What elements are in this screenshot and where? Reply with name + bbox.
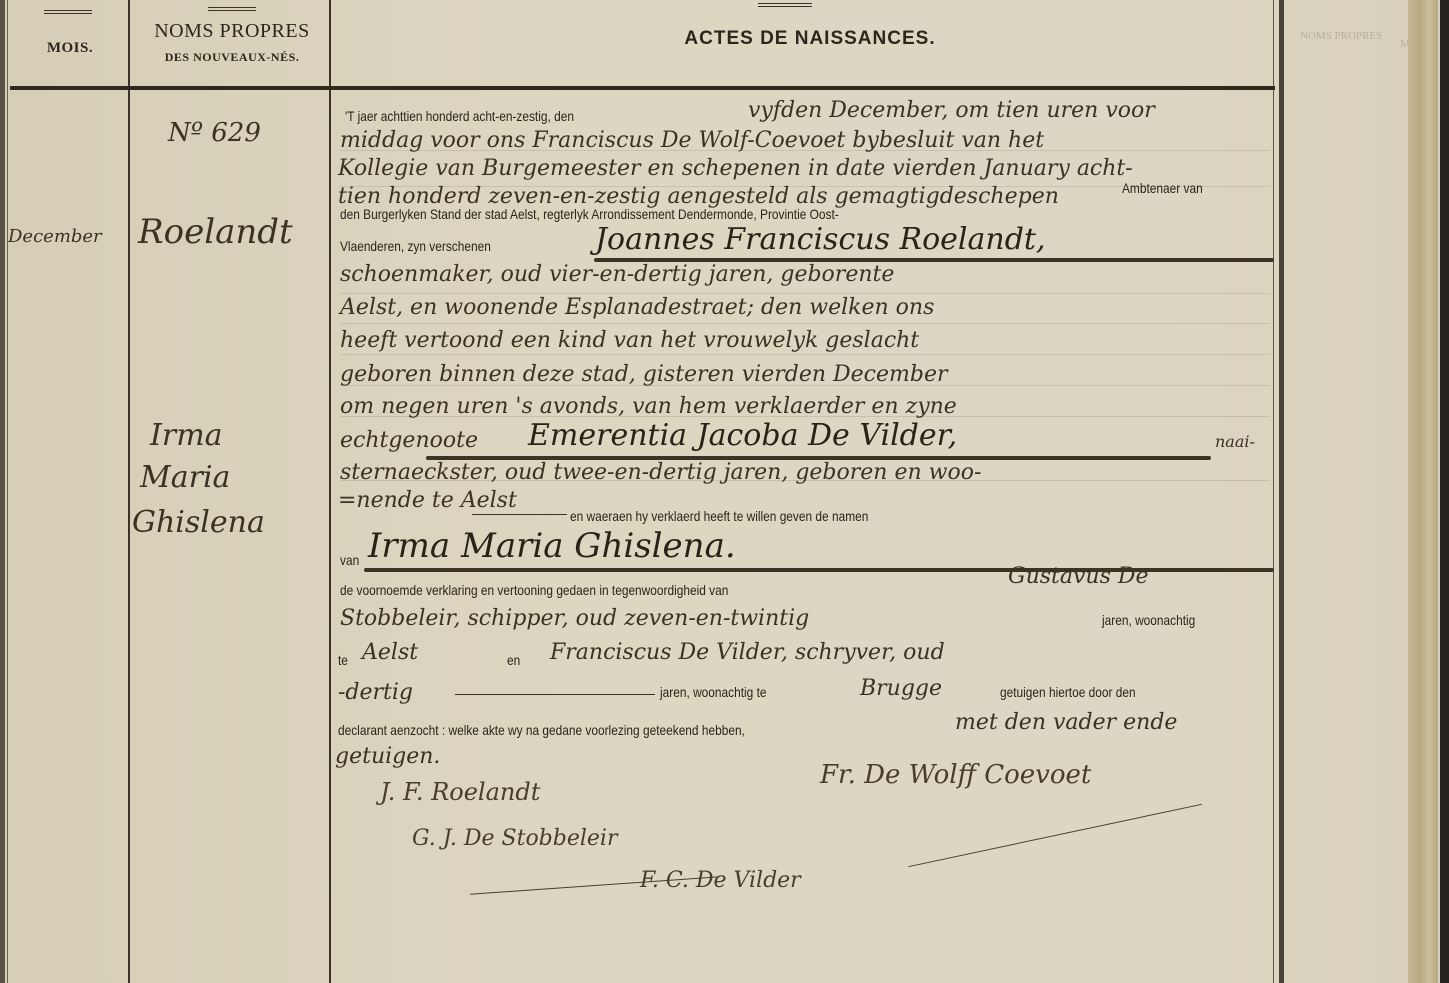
act-handwritten-text: Aelst, en woonende Esplanadestraet; den … [340, 295, 934, 320]
margin-given-name-3: Ghislena [132, 505, 265, 540]
header-rule [208, 7, 256, 8]
header-names-title: NOMS PROPRES [132, 20, 332, 43]
act-handwritten-text: naai- [1215, 432, 1255, 451]
mother-name: Emerentia Jacoba De Vilder, [528, 418, 957, 453]
act-printed-text: 'T jaer achttien honderd acht-en-zestig,… [345, 108, 574, 124]
act-handwritten-text: Aelst [362, 640, 418, 665]
act-printed-text: jaren, woonachtig [1102, 612, 1195, 628]
act-handwritten-text: middag voor ons Franciscus De Wolf-Coevo… [340, 128, 1044, 153]
signature-witness-1: G. J. De Stobbeleir [412, 826, 617, 851]
ruled-line [340, 354, 1270, 355]
declarant-name: Joannes Franciscus Roelandt, [595, 222, 1046, 257]
header-acts-title: ACTES DE NAISSANCES. [560, 28, 1060, 50]
act-printed-text: de voornoemde verklaring en vertooning g… [340, 582, 728, 598]
page-binding-edge [0, 0, 5, 983]
entry-number: Nº 629 [168, 118, 261, 148]
margin-given-name-1: Irma [150, 418, 223, 453]
act-handwritten-text: echtgenoote [340, 428, 478, 453]
act-printed-text: jaren, woonachtig te [660, 684, 767, 700]
act-handwritten-text: heeft vertoond een kind van het vrouwely… [340, 328, 919, 353]
header-rule [758, 3, 812, 4]
act-handwritten-text: Brugge [860, 676, 942, 701]
ruled-line [340, 293, 1270, 294]
act-handwritten-text: getuigen. [335, 744, 440, 769]
act-handwritten-text: Franciscus De Vilder, schryver, oud [550, 640, 945, 665]
filler-line [455, 694, 655, 695]
header-divider [10, 86, 1275, 90]
column-divider-month [128, 0, 130, 983]
act-printed-text: van [340, 552, 359, 568]
signature-declarant: J. F. Roelandt [380, 778, 540, 806]
act-printed-text: en waeraen hy verklaerd heeft te willen … [570, 508, 868, 524]
act-printed-text: te [338, 652, 348, 668]
act-handwritten-text: =nende te Aelst [338, 488, 517, 513]
book-page-edges [1408, 0, 1438, 983]
page-margin-rule [7, 0, 8, 983]
header-rule [44, 13, 92, 14]
signature-officer: Fr. De Wolff Coevoet [820, 760, 1091, 790]
act-handwritten-text: Stobbeleir, schipper, oud zeven-en-twint… [340, 606, 809, 631]
bleed-through-text: NOMS PROPRES [1300, 30, 1382, 42]
act-printed-text: en [507, 652, 520, 668]
act-handwritten-text: Kollegie van Burgemeester en schepenen i… [338, 156, 1133, 181]
act-printed-text: Ambtenaer van [1122, 180, 1203, 196]
act-printed-text: den Burgerlyken Stand der stad Aelst, re… [340, 206, 839, 222]
act-handwritten-text: geboren binnen deze stad, gisteren vierd… [340, 362, 948, 387]
margin-month: December [8, 226, 102, 247]
register-page: MOIS. NOMS PROPRES DES NOUVEAUX-NÉS. ACT… [0, 0, 1449, 983]
book-cover-edge [1440, 0, 1449, 983]
act-handwritten-text: -dertig [338, 680, 413, 705]
act-printed-text: declarant aenzocht : welke akte wy na ge… [338, 722, 745, 738]
header-month: MOIS. [20, 40, 120, 57]
ruled-line [340, 323, 1270, 324]
column-divider-names [329, 0, 331, 983]
filler-line [472, 514, 567, 515]
act-printed-text: Vlaenderen, zyn verschenen [340, 238, 491, 254]
header-rule [208, 10, 256, 11]
act-handwritten-text: met den vader ende [955, 710, 1177, 735]
right-border-rule [1279, 0, 1284, 983]
act-handwritten-text: vyfden December, om tien uren voor [748, 98, 1155, 123]
header-names-subtitle: DES NOUVEAUX-NÉS. [132, 50, 332, 65]
margin-given-name-2: Maria [140, 460, 230, 495]
header-rule [758, 6, 812, 7]
header-rule [44, 10, 92, 11]
act-handwritten-text: om negen uren 's avonds, van hem verklae… [340, 394, 957, 419]
act-printed-text: getuigen hiertoe door den [1000, 684, 1136, 700]
act-handwritten-text: Gustavus De [1008, 564, 1149, 589]
act-handwritten-text: schoenmaker, oud vier-en-dertig jaren, g… [340, 262, 894, 287]
signature-flourish [908, 804, 1202, 867]
child-given-names: Irma Maria Ghislena. [368, 526, 736, 566]
right-inner-rule [1273, 0, 1274, 983]
margin-surname: Roelandt [138, 212, 293, 252]
act-handwritten-text: sternaeckster, oud twee-en-dertig jaren,… [340, 460, 981, 485]
